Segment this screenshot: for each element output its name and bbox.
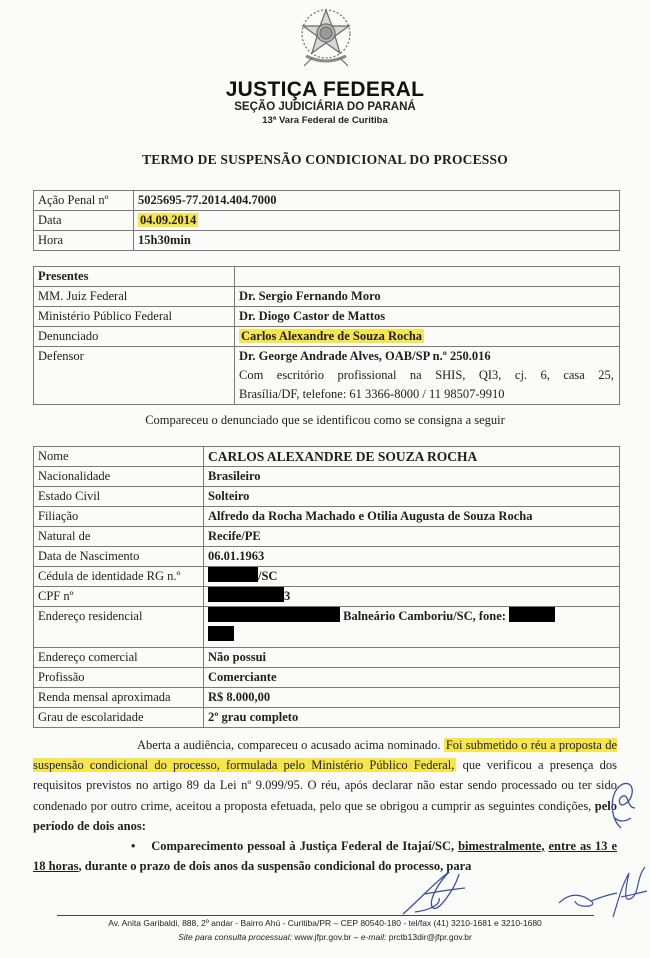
- table-row: Renda mensal aproximada R$ 8.000,00: [34, 688, 620, 708]
- table-row: Estado Civil Solteiro: [34, 487, 620, 507]
- cpf-suffix: 3: [284, 589, 290, 603]
- defender-address-line-2: Brasília/DF, telefone: 61 3366-8000 / 11…: [239, 385, 615, 404]
- table-row: Natural de Recife/PE: [34, 527, 620, 547]
- hearing-date: 04.09.2014: [138, 213, 198, 227]
- footer-address: Av. Anita Garibaldi, 888, 2º andar - Bai…: [0, 918, 650, 928]
- brazil-coat-of-arms-icon: [292, 4, 360, 72]
- field-label: Endereço comercial: [34, 648, 204, 668]
- redaction-bar: [208, 587, 284, 602]
- case-number: 5025695-77.2014.404.7000: [134, 191, 620, 211]
- field-label: Profissão: [34, 668, 204, 688]
- field-label: CPF nº: [34, 587, 204, 607]
- field-label: Hora: [34, 231, 134, 251]
- hearing-time: 15h30min: [134, 231, 620, 251]
- business-address: Não possui: [204, 648, 620, 668]
- field-label: Ministério Público Federal: [34, 307, 235, 327]
- footer-site-link[interactable]: www.jfpr.gov.br: [294, 932, 351, 942]
- prosecutor-name: Dr. Diogo Castor de Mattos: [235, 307, 620, 327]
- table-row: Ação Penal nº 5025695-77.2014.404.7000: [34, 191, 620, 211]
- court-name: 13ª Vara Federal de Curitiba: [0, 115, 650, 126]
- table-row: Presentes: [34, 267, 620, 287]
- footer-contact: Site para consulta processual: www.jfpr.…: [0, 932, 650, 942]
- table-row: Hora 15h30min: [34, 231, 620, 251]
- document-title: TERMO DE SUSPENSÃO CONDICIONAL DO PROCES…: [0, 152, 650, 168]
- table-row: MM. Juiz Federal Dr. Sergio Fernando Mor…: [34, 287, 620, 307]
- field-label: Grau de escolaridade: [34, 708, 204, 728]
- hearing-paragraph: Aberta a audiência, compareceu o acusado…: [33, 735, 617, 836]
- monthly-income: R$ 8.000,00: [204, 688, 620, 708]
- defender-name: Dr. George Andrade Alves, OAB/SP n.º 250…: [239, 347, 615, 366]
- footer-email-link[interactable]: prctb13dir@jfpr.gov.br: [389, 932, 472, 942]
- field-label: Ação Penal nº: [34, 191, 134, 211]
- table-row: Ministério Público Federal Dr. Diogo Cas…: [34, 307, 620, 327]
- field-label: Defensor: [34, 347, 235, 405]
- table-row: CPF nº 3: [34, 587, 620, 607]
- field-label: Endereço residencial: [34, 607, 204, 648]
- table-row: Nome CARLOS ALEXANDRE DE SOUZA ROCHA: [34, 447, 620, 467]
- birthplace: Recife/PE: [204, 527, 620, 547]
- field-label: Natural de: [34, 527, 204, 547]
- redaction-bar: [509, 607, 555, 622]
- bullet-icon: •: [131, 839, 135, 853]
- attendees-heading: Presentes: [34, 267, 235, 287]
- institution-name: JUSTIÇA FEDERAL: [0, 78, 650, 102]
- table-row: Grau de escolaridade 2º grau completo: [34, 708, 620, 728]
- judicial-section: SEÇÃO JUDICIÁRIA DO PARANÁ: [0, 101, 650, 113]
- profession: Comerciante: [204, 668, 620, 688]
- field-label: Nome: [34, 447, 204, 467]
- education-level: 2º grau completo: [204, 708, 620, 728]
- table-row: Cédula de identidade RG n.º /SC: [34, 567, 620, 587]
- table-row: Denunciado Carlos Alexandre de Souza Roc…: [34, 327, 620, 347]
- defender-address-line-1: ComescritórioprofissionalnaSHIS,QI3,cj.6…: [239, 366, 614, 385]
- marital-status: Solteiro: [204, 487, 620, 507]
- table-row: Filiação Alfredo da Rocha Machado e Otil…: [34, 507, 620, 527]
- field-label: Data de Nascimento: [34, 547, 204, 567]
- nationality: Brasileiro: [204, 467, 620, 487]
- rg-suffix: /SC: [258, 569, 277, 583]
- redaction-bar: [208, 626, 234, 641]
- redaction-bar: [208, 607, 340, 622]
- field-label: Renda mensal aproximada: [34, 688, 204, 708]
- table-row: Endereço comercial Não possui: [34, 648, 620, 668]
- footer-divider: [57, 915, 594, 916]
- birth-date: 06.01.1963: [204, 547, 620, 567]
- residential-address: Balneário Camboriu/SC, fone:: [343, 609, 506, 623]
- identification-sentence: Compareceu o denunciado que se identific…: [0, 413, 650, 428]
- redaction-bar: [208, 567, 258, 582]
- defendant-table: Nome CARLOS ALEXANDRE DE SOUZA ROCHA Nac…: [33, 446, 620, 728]
- judge-name: Dr. Sergio Fernando Moro: [235, 287, 620, 307]
- table-row: Nacionalidade Brasileiro: [34, 467, 620, 487]
- table-row: Profissão Comerciante: [34, 668, 620, 688]
- attendees-table: Presentes MM. Juiz Federal Dr. Sergio Fe…: [33, 266, 620, 405]
- table-row: Defensor Dr. George Andrade Alves, OAB/S…: [34, 347, 620, 405]
- field-label: Nacionalidade: [34, 467, 204, 487]
- table-row: Endereço residencial Balneário Camboriu/…: [34, 607, 620, 648]
- field-label: Filiação: [34, 507, 204, 527]
- parentage: Alfredo da Rocha Machado e Otilia August…: [204, 507, 620, 527]
- table-row: Data 04.09.2014: [34, 211, 620, 231]
- case-info-table: Ação Penal nº 5025695-77.2014.404.7000 D…: [33, 190, 620, 251]
- defendant-full-name: CARLOS ALEXANDRE DE SOUZA ROCHA: [204, 447, 620, 467]
- field-label: Cédula de identidade RG n.º: [34, 567, 204, 587]
- field-label: Data: [34, 211, 134, 231]
- field-label: Estado Civil: [34, 487, 204, 507]
- condition-list-item: • Comparecimento pessoal à Justiça Feder…: [33, 836, 617, 876]
- field-label: MM. Juiz Federal: [34, 287, 235, 307]
- defendant-name: Carlos Alexandre de Souza Rocha: [239, 329, 424, 343]
- table-row: Data de Nascimento 06.01.1963: [34, 547, 620, 567]
- field-label: Denunciado: [34, 327, 235, 347]
